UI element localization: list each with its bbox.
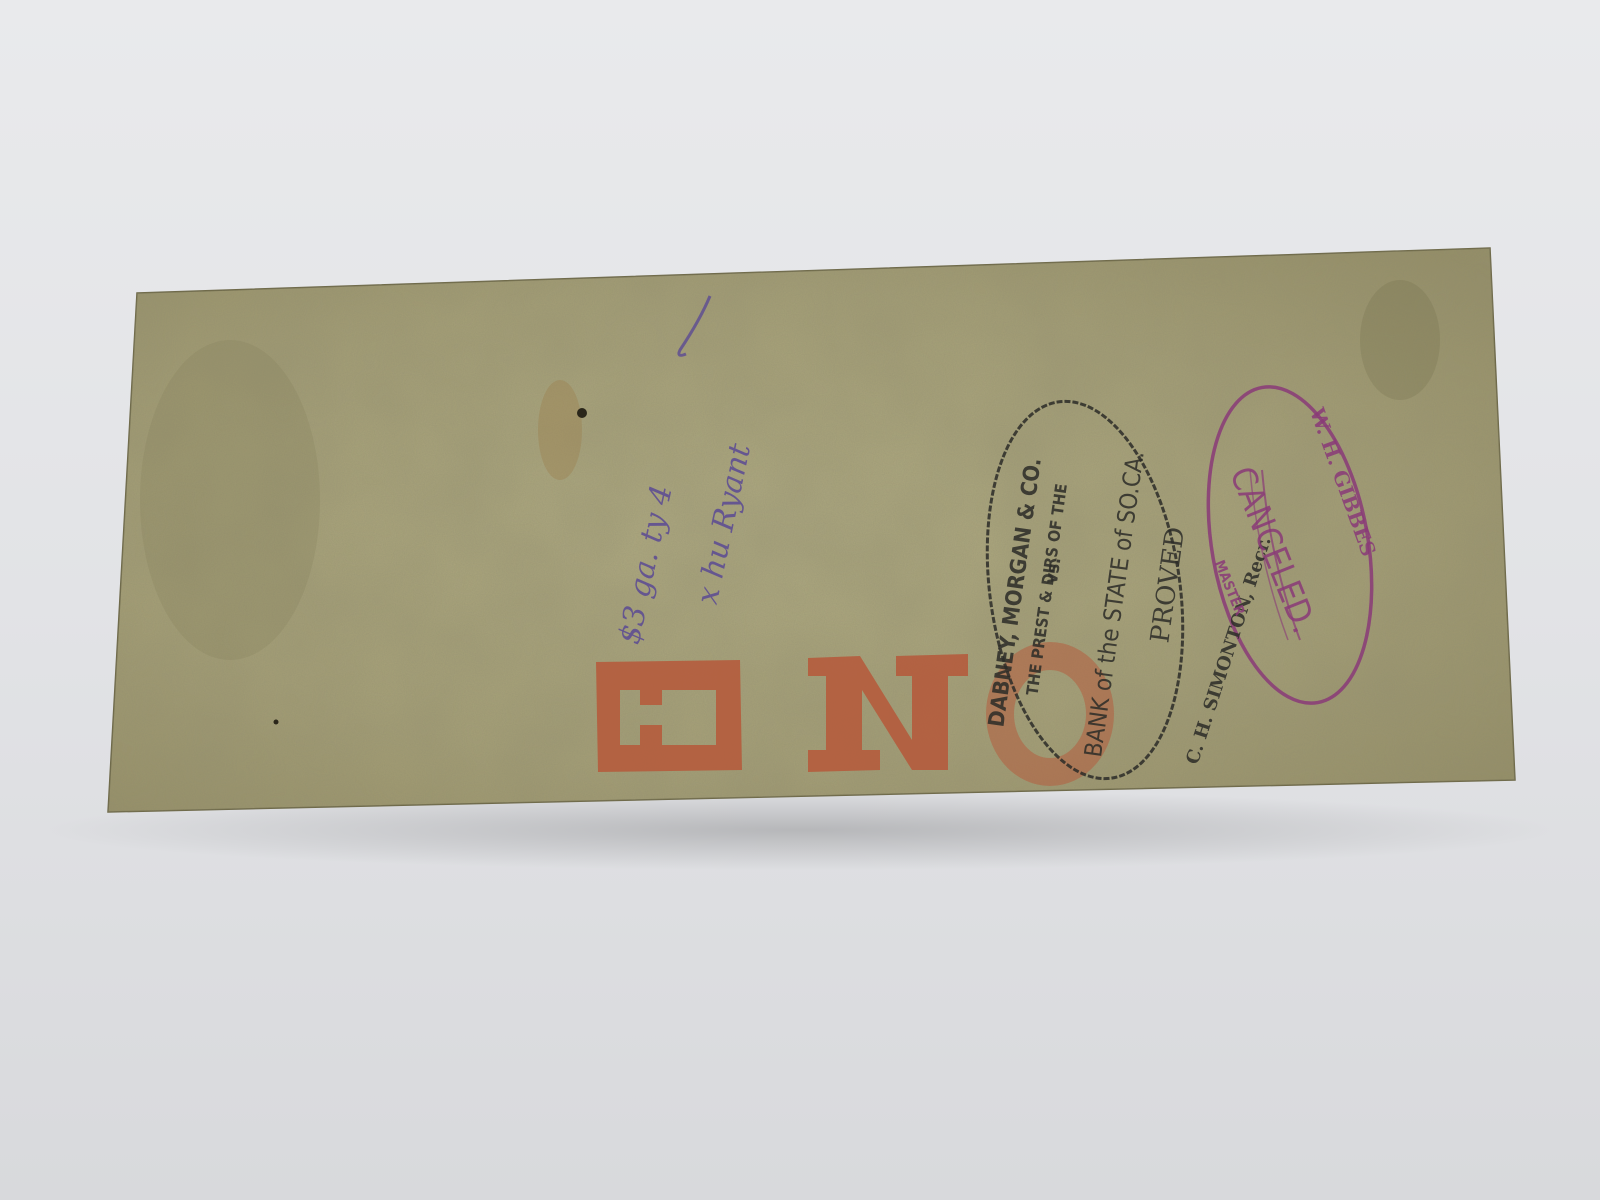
- banknote-paper: [0, 0, 1600, 1200]
- handwriting-flourish: [670, 290, 720, 370]
- banknote-photo: DABNEY, MORGAN & CO. vs. THE PREST & DIR…: [0, 0, 1600, 1200]
